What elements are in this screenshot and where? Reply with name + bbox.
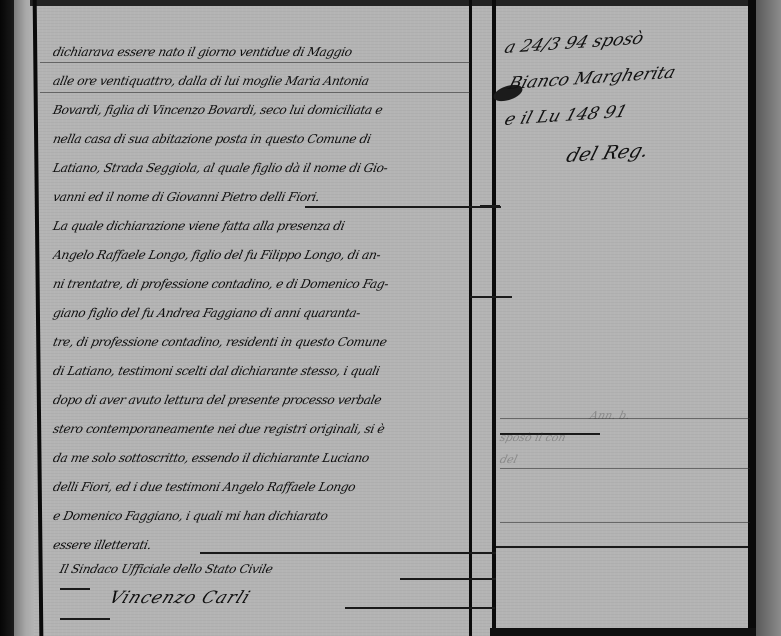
ruled-line-tick — [480, 205, 500, 207]
record-line: tre, di professione contadino, residenti… — [50, 328, 476, 357]
margin-ruled-line — [496, 546, 748, 548]
faded-line: Ann. b. — [587, 405, 742, 427]
record-line: nella casa di sua abitazione posta in qu… — [50, 125, 476, 154]
scan-left-edge — [0, 0, 14, 636]
record-line: dichiarava essere nato il giorno ventidu… — [50, 38, 476, 67]
scan-bottom-edge — [490, 628, 756, 636]
marriage-annotation: a 24/3 94 sposò Bianco Margherita e il L… — [505, 30, 745, 174]
record-line: dopo di aver avuto lettura del presente … — [50, 386, 476, 415]
faded-line: del — [497, 449, 742, 471]
record-line: e Domenico Faggiano, i quali mi han dich… — [50, 502, 476, 531]
official-signature-block: Il Sindaco Ufficiale dello Stato Civile … — [60, 562, 460, 608]
record-line: da me solo sottoscritto, essendo il dich… — [50, 444, 476, 473]
record-body-text: dichiarava essere nato il giorno ventidu… — [50, 38, 470, 560]
record-line: alle ore ventiquattro, dalla di lui mogl… — [50, 67, 476, 96]
faded-line: sposò il con — [497, 427, 742, 449]
ruled-line — [60, 618, 110, 620]
scan-top-edge — [30, 0, 781, 6]
record-line: di Latiano, testimoni scelti dal dichiar… — [50, 357, 476, 386]
record-line: giano figlio del fu Andrea Faggiano di a… — [50, 299, 476, 328]
record-line: La quale dichiarazione viene fatta alla … — [50, 212, 476, 241]
record-line: essere illetterati. — [50, 531, 476, 560]
faded-show-through-text: Ann. b. sposò il con del — [500, 405, 740, 493]
ruled-line-tick — [470, 296, 512, 298]
record-line: vanni ed il nome di Giovanni Pietro dell… — [50, 183, 476, 212]
record-line: Latiano, Strada Seggiola, al quale figli… — [50, 154, 476, 183]
margin-ruled-line — [500, 522, 750, 523]
official-signature: Vincenzo Carli — [106, 588, 464, 608]
record-line: stero contemporaneamente nei due registr… — [50, 415, 476, 444]
binding-strip — [14, 0, 34, 636]
record-line: Bovardi, figlia di Vincenzo Bovardi, sec… — [50, 96, 476, 125]
official-title: Il Sindaco Ufficiale dello Stato Civile — [58, 562, 461, 576]
faded-line — [497, 471, 742, 493]
record-line: ni trentatre, di professione contadino, … — [50, 270, 476, 299]
record-line: delli Fiori, ed i due testimoni Angelo R… — [50, 473, 476, 502]
record-line: Angelo Raffaele Longo, figlio del fu Fil… — [50, 241, 476, 270]
annotation-line: del Reg. — [562, 126, 755, 174]
scan-right-edge — [756, 0, 781, 636]
